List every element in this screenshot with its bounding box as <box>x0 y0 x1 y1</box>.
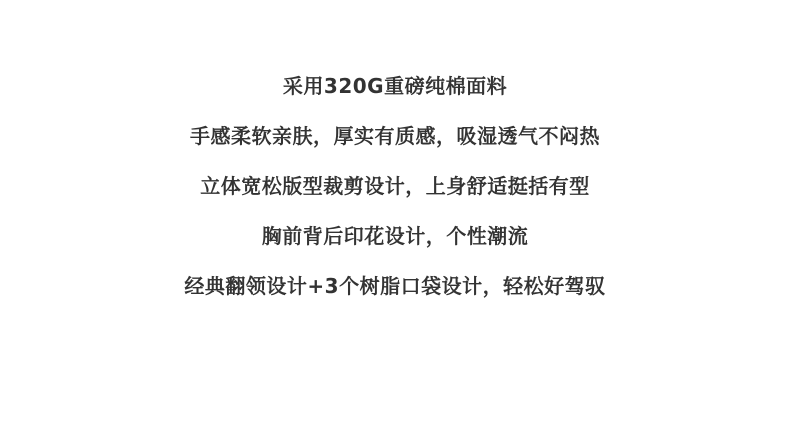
feature-fit: 立体宽松版型裁剪设计，上身舒适挺括有型 <box>0 173 790 223</box>
product-feature-list: 采用320G重磅纯棉面料 手感柔软亲肤，厚实有质感，吸湿透气不闷热 立体宽松版型… <box>0 73 790 323</box>
feature-comfort: 手感柔软亲肤，厚实有质感，吸湿透气不闷热 <box>0 123 790 173</box>
feature-collar-pockets: 经典翻领设计+3个树脂口袋设计，轻松好驾驭 <box>0 273 790 323</box>
feature-fabric: 采用320G重磅纯棉面料 <box>0 73 790 123</box>
feature-print: 胸前背后印花设计，个性潮流 <box>0 223 790 273</box>
